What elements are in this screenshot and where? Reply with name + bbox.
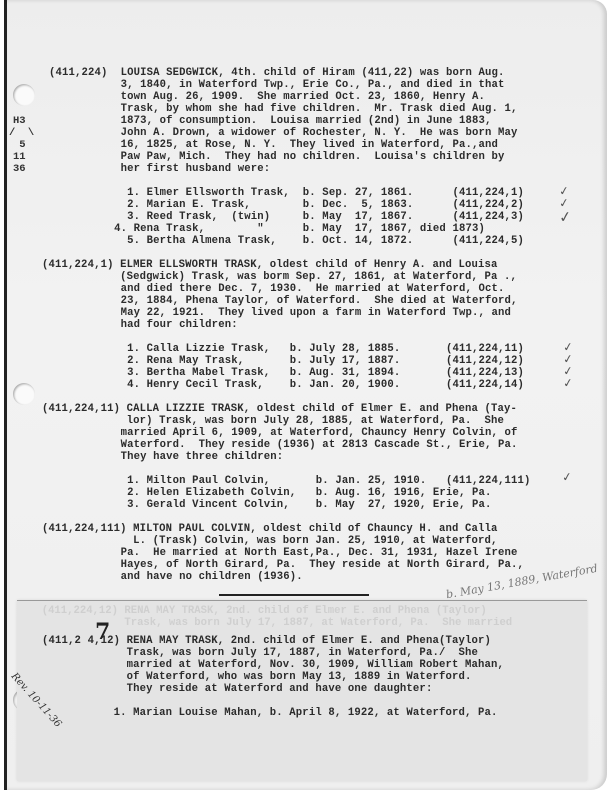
ghost-text-line: (411,224,12) RENA MAY TRASK, 2nd. child … (29, 605, 487, 617)
child-list-item: 4. Rena Trask, " b. May 17, 1867, died 1… (49, 223, 485, 235)
margin-note: / \ (9, 127, 34, 139)
entry-line: (411,224,111) MILTON PAUL COLVIN, oldest… (29, 523, 498, 535)
child-list-item: 1. Marian Louise Mahan, b. April 8, 1922… (29, 707, 498, 719)
child-list-item: 1. Elmer Ellsworth Trask, b. Sep. 27, 18… (49, 187, 524, 199)
entry-line: They have three children: (49, 451, 283, 463)
checkmark-icon: ✓ (561, 469, 573, 484)
entry-line: had four children: (49, 319, 238, 331)
entry-line: 1873, of consumption. Louisa married (2n… (49, 115, 492, 127)
revision-slip: (411,224,12) RENA MAY TRASK, 2nd. child … (17, 600, 587, 781)
entry-line: and died there Dec. 7, 1930. He married … (49, 283, 505, 295)
entry-line: May 22, 1921. They lived upon a farm in … (49, 307, 511, 319)
child-list-item: 3. Gerald Vincent Colvin, b. May 27, 192… (49, 499, 492, 511)
entry-line: of Waterford, who was born May 13, 1889 … (29, 671, 472, 683)
child-list-item: 1. Calla Lizzie Trask, b. July 28, 1885.… (49, 343, 524, 355)
checkmark-icon: ✓ (562, 375, 574, 390)
entry-line: her first husband were: (49, 163, 270, 175)
entry-line: 16, 1825, at Rose, N. Y. They lived in W… (49, 139, 498, 151)
punch-hole-top (13, 84, 35, 106)
entry-line: married April 6, 1909, at Waterford, Cha… (49, 427, 518, 439)
margin-note: 5 (13, 139, 26, 151)
punch-hole-middle (13, 383, 35, 405)
entry-line: Waterford. They reside (1936) at 2813 Ca… (49, 439, 518, 451)
entry-line: town Aug. 26, 1909. She married Oct. 23,… (49, 91, 485, 103)
entry-line: (411,224,1) ELMER ELLSWORTH TRASK, oldes… (29, 259, 498, 271)
child-list-item: 5. Bertha Almena Trask, b. Oct. 14, 1872… (49, 235, 524, 247)
child-list-item: 2. Marian E. Trask, b. Dec. 5, 1863. (41… (49, 199, 524, 211)
entry-line: Paw Paw, Mich. They had no children. Lou… (49, 151, 505, 163)
child-list-item: 3. Reed Trask, (twin) b. May 17, 1867. (… (49, 211, 524, 223)
entry-line: Trask, by whom she had five children. Mr… (49, 103, 518, 115)
entry-line: L. (Trask) Colvin, was born Jan. 25, 191… (29, 535, 498, 547)
child-list-item: 4. Henry Cecil Trask, b. Jan. 20, 1900. … (49, 379, 524, 391)
child-list-item: 1. Milton Paul Colvin, b. Jan. 25, 1910.… (49, 475, 531, 487)
entry-line: John A. Drown, a widower of Rochester, N… (49, 127, 518, 139)
entry-line: (411,224) LOUISA SEDGWICK, 4th. child of… (49, 67, 505, 79)
entry-line: married at Waterford, Nov. 30, 1909, Wil… (29, 659, 504, 671)
handwritten-correction: 7 (95, 619, 110, 645)
entry-line: 23, 1884, Phena Taylor, of Waterford. Sh… (49, 295, 518, 307)
entry-line: They reside at Waterford and have one da… (29, 683, 432, 695)
checkmark-icon: ✓ (558, 207, 573, 227)
margin-note: H3 (13, 115, 26, 127)
entry-line: Hayes, of North Girard, Pa. They reside … (49, 559, 524, 571)
child-list-item: 3. Bertha Mabel Trask, b. Aug. 31, 1894.… (49, 367, 524, 379)
entry-line: lor) Trask, was born July 28, 1885, at W… (29, 415, 504, 427)
entry-line: 3, 1840, in Waterford Twp., Erie Co., Pa… (49, 79, 505, 91)
entry-line: Trask, was born July 17, 1887, in Waterf… (29, 647, 478, 659)
entry-line: Pa. He married at North East,Pa., Dec. 3… (49, 547, 518, 559)
child-list-item: 2. Helen Elizabeth Colvin, b. Aug. 16, 1… (49, 487, 492, 499)
entry-line: (Sedgwick) Trask, was borm Sep. 27, 1861… (29, 271, 517, 283)
section-divider (219, 594, 369, 596)
child-list-item: 2. Rena May Trask, b. July 17, 1887. (41… (49, 355, 524, 367)
entry-line: (411,224,11) CALLA LIZZIE TRASK, oldest … (29, 403, 517, 415)
document-page: H3 / \ 5 11 36 (411,224) LOUISA SEDGWICK… (4, 0, 607, 790)
margin-note: 11 (13, 151, 26, 163)
margin-note: 36 (13, 163, 26, 175)
entry-line: and have no children (1936). (49, 571, 303, 583)
